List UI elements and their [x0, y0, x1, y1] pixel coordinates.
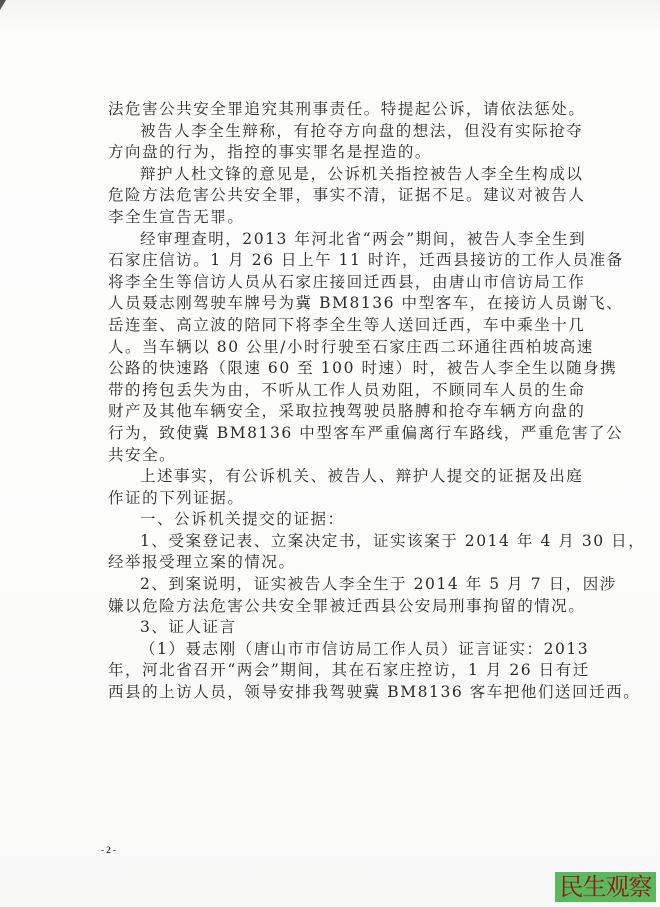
text-line: 1、受案登记表、立案决定书，证实该案于 2014 年 4 月 30 日， — [108, 531, 580, 553]
text-line: 危险方法危害公共安全罪，事实不清，证据不足。建议对被告人 — [108, 185, 580, 207]
text-line: 共安全。 — [108, 445, 580, 467]
text-line: 2、到案说明，证实被告人李全生于 2014 年 5 月 7 日，因涉 — [108, 574, 580, 596]
text-line: 岳连奎、高立波的陪同下将李全生等人送回迁西，车中乘坐十几 — [108, 315, 580, 337]
watermark-badge: 民生观察 — [555, 872, 656, 902]
text-line: 将李全生等信访人员从石家庄接回迁西县，由唐山市信访局工作 — [108, 272, 580, 294]
text-line: 石家庄信访。1 月 26 日上午 11 时许，迁西县接访的工作人员准备 — [108, 250, 580, 272]
text-line: 被告人李全生辩称，有抢夺方向盘的想法，但没有实际抢夺 — [108, 121, 580, 143]
text-line: 嫌以危险方法危害公共安全罪被迁西县公安局刑事拘留的情况。 — [108, 596, 580, 618]
text-line: 经举报受理立案的情况。 — [108, 552, 580, 574]
text-line: 西县的上访人员，领导安排我驾驶冀 BM8136 客车把他们送回迁西。 — [108, 682, 580, 704]
text-line: 作证的下列证据。 — [108, 488, 580, 510]
document-body: 法危害公共安全罪追究其刑事责任。特提起公诉，请依法惩处。 被告人李全生辩称，有抢… — [108, 99, 580, 704]
scan-corner — [0, 0, 6, 10]
text-line: 人员聂志刚驾驶车牌号为冀 BM8136 中型客车，在接访人员谢飞、 — [108, 293, 580, 315]
text-line: （1）聂志刚（唐山市市信访局工作人员）证言证实：2013 — [108, 639, 580, 661]
text-line: 上述事实，有公诉机关、被告人、辩护人提交的证据及出庭 — [108, 466, 580, 488]
text-line: 方向盘的行为，指控的事实罪名是捏造的。 — [108, 142, 580, 164]
text-line: 李全生宣告无罪。 — [108, 207, 580, 229]
text-line: 财产及其他车辆安全，采取拉拽驾驶员胳膊和抢夺车辆方向盘的 — [108, 401, 580, 423]
text-line: 人。当车辆以 80 公里/小时行驶至石家庄西二环通往西柏坡高速 — [108, 337, 580, 359]
text-line: 辩护人杜文锋的意见是，公诉机关指控被告人李全生构成以 — [108, 164, 580, 186]
subsection-heading: 3、证人证言 — [108, 617, 580, 639]
text-line: 经审理查明，2013 年河北省“两会”期间，被告人李全生到 — [108, 229, 580, 251]
text-line: 年，河北省召开“两会”期间，其在石家庄控访，1 月 26 日有迁 — [108, 660, 580, 682]
page-number: - 2 - — [101, 845, 116, 855]
text-line: 法危害公共安全罪追究其刑事责任。特提起公诉，请依法惩处。 — [108, 99, 580, 121]
section-heading: 一、公诉机关提交的证据： — [108, 509, 580, 531]
text-line: 带的挎包丢失为由，不听从工作人员劝阻，不顾同车人员的生命 — [108, 380, 580, 402]
document-page: 法危害公共安全罪追究其刑事责任。特提起公诉，请依法惩处。 被告人李全生辩称，有抢… — [0, 0, 660, 907]
text-line: 公路的快速路（限速 60 至 100 时速）时，被告人李全生以随身携 — [108, 358, 580, 380]
text-line: 行为，致使冀 BM8136 中型客车严重偏离行车路线，严重危害了公 — [108, 423, 580, 445]
